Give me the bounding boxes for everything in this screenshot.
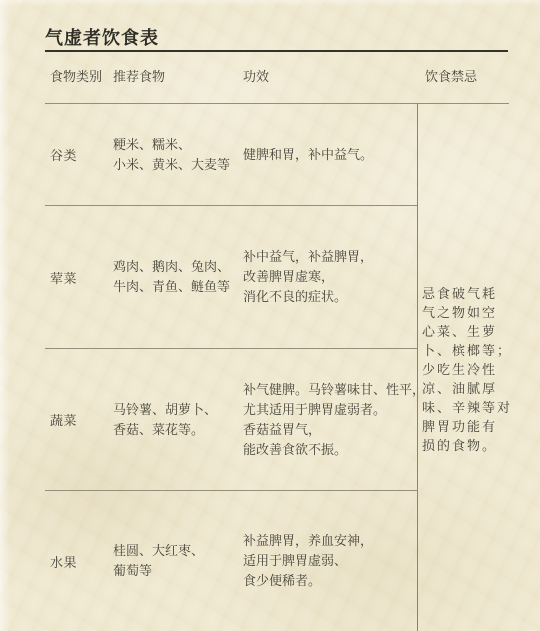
category-cell: 谷类 [50,145,113,164]
column-header-effect: 功效 [243,68,269,86]
effect-cell: 补中益气，补益脾胃， 改善脾胃虚寒， 消化不良的症状。 [243,247,417,307]
table-row-meat: 荤菜 鸡肉、鹅肉、兔肉、 牛肉、青鱼、鲢鱼等 补中益气，补益脾胃， 改善脾胃虚寒… [45,206,417,348]
column-header-recommended: 推荐食物 [113,68,165,86]
recommended-cell: 粳米、糯米、 小米、黄米、大麦等 [113,135,243,175]
taboo-cell: 忌食破气耗 气之物如空 心菜、生萝 卜、槟榔等； 少吃生冷性 凉、油腻厚 味、辛… [422,284,518,455]
table-row-grains: 谷类 粳米、糯米、 小米、黄米、大麦等 健脾和胃，补中益气。 [45,104,417,205]
column-header-category: 食物类别 [50,68,102,86]
title-underline [45,50,508,52]
recommended-cell: 马铃薯、胡萝卜、 香菇、菜花等。 [113,400,243,440]
category-cell: 蔬菜 [50,410,113,429]
effect-cell: 补气健脾。马铃薯味甘、性平， 尤其适用于脾胃虚弱者。 香菇益胃气， 能改善食欲不… [243,380,425,460]
category-cell: 水果 [50,552,113,571]
diet-table-page: 气虚者饮食表 食物类别 推荐食物 功效 饮食禁忌 谷类 粳米、糯米、 小米、黄米… [0,0,540,631]
effect-cell: 健脾和胃，补中益气。 [243,145,417,165]
table-row-vegetables: 蔬菜 马铃薯、胡萝卜、 香菇、菜花等。 补气健脾。马铃薯味甘、性平， 尤其适用于… [45,349,417,490]
recommended-cell: 鸡肉、鹅肉、兔肉、 牛肉、青鱼、鲢鱼等 [113,257,243,297]
recommended-cell: 桂圆、大红枣、 葡萄等 [113,541,243,581]
table-row-fruits: 水果 桂圆、大红枣、 葡萄等 补益脾胃，养血安神， 适用于脾胃虚弱、 食少便稀者… [45,491,417,631]
effect-cell: 补益脾胃，养血安神， 适用于脾胃虚弱、 食少便稀者。 [243,531,417,591]
page-title: 气虚者饮食表 [45,24,159,50]
taboo-column-divider [417,103,418,631]
column-header-taboo: 饮食禁忌 [425,68,477,86]
category-cell: 荤菜 [50,268,113,287]
